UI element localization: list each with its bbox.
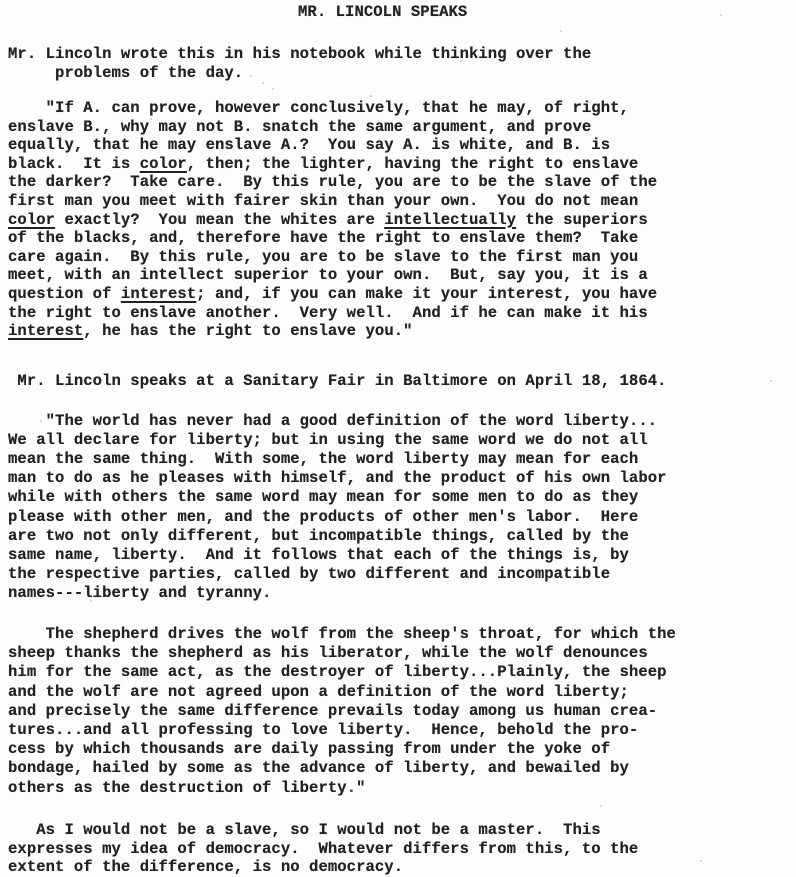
scan-speck <box>610 250 612 252</box>
text-line: extent of the difference, is no democrac… <box>8 859 403 876</box>
text-line: mean the same thing. With some, the word… <box>8 451 638 468</box>
text-line: are two not only different, but incompat… <box>8 528 629 545</box>
text-line: names---liberty and tyranny. <box>8 585 271 602</box>
scan-speck <box>370 95 372 97</box>
text-line: please with other men, and the products … <box>8 509 638 526</box>
text-line: others as the destruction of liberty." <box>8 780 366 797</box>
typewritten-page: MR. LINCOLN SPEAKS Mr. Lincoln wrote thi… <box>0 0 796 877</box>
underlined-word: interest <box>121 285 196 303</box>
text-line: and the wolf are not agreed upon a defin… <box>8 684 629 701</box>
text-line: The shepherd drives the wolf from the sh… <box>8 626 676 643</box>
text-line: We all declare for liberty; but in using… <box>8 432 648 449</box>
scan-speck <box>560 30 562 32</box>
text-line: Mr. Lincoln wrote this in his notebook w… <box>8 46 591 63</box>
text-line: and precisely the same difference prevai… <box>8 703 657 720</box>
text-line: Mr. Lincoln speaks at a Sanitary Fair in… <box>8 373 667 390</box>
text-line: the respective parties, called by two di… <box>8 566 610 583</box>
scan-speck <box>150 118 152 120</box>
text-line: expresses my idea of democracy. Whatever… <box>8 841 638 858</box>
text-line: equally, that he may enslave A.? You say… <box>8 137 610 154</box>
text-line: question of interest; and, if you can ma… <box>8 286 657 303</box>
underlined-word: color <box>140 155 187 173</box>
underlined-word: color <box>8 211 55 229</box>
text-line: the right to enslave another. Very well.… <box>8 305 648 322</box>
text-line: cess by which thousands are daily passin… <box>8 741 610 758</box>
scan-speck <box>262 82 264 84</box>
text-line: interest, he has the right to enslave yo… <box>8 323 413 340</box>
text-line: first man you meet with fairer skin than… <box>8 193 638 210</box>
text-line: black. It is color, then; the lighter, h… <box>8 156 638 173</box>
scan-speck <box>250 75 252 77</box>
scan-speck <box>600 805 602 807</box>
text-line: meet, with an intellect superior to your… <box>8 267 648 284</box>
scan-speck <box>700 860 702 862</box>
text-line: him for the same act, as the destroyer o… <box>8 664 667 681</box>
text-line: tures...and all professing to love liber… <box>8 722 638 739</box>
text-line: bondage, hailed by some as the advance o… <box>8 760 629 777</box>
scan-speck <box>90 600 92 602</box>
text-line: of the blacks, and, therefore have the r… <box>8 230 638 247</box>
text-line: same name, liberty. And it follows that … <box>8 547 629 564</box>
text-line: sheep thanks the shepherd as his liberat… <box>8 645 648 662</box>
text-line: "If A. can prove, however conclusively, … <box>8 100 629 117</box>
text-line: man to do as he pleases with himself, an… <box>8 470 667 487</box>
scan-speck <box>770 380 772 382</box>
text-line: color exactly? You mean the whites are i… <box>8 212 648 229</box>
scan-speck <box>350 790 352 792</box>
scan-speck <box>720 14 722 16</box>
scan-speck <box>460 60 462 62</box>
text-line: care again. By this rule, you are to be … <box>8 249 638 266</box>
text-line: enslave B., why may not B. snatch the sa… <box>8 119 591 136</box>
scan-speck <box>395 290 397 292</box>
text-line: "The world has never had a good definiti… <box>8 413 657 430</box>
scan-speck <box>272 88 274 90</box>
text-line: As I would not be a slave, so I would no… <box>8 822 601 839</box>
scan-speck <box>40 420 42 422</box>
underlined-word: interest <box>8 322 83 340</box>
text-line: the darker? Take care. By this rule, you… <box>8 174 657 191</box>
underlined-word: intellectually <box>384 211 516 229</box>
page-title: MR. LINCOLN SPEAKS <box>298 4 467 21</box>
text-line: while with others the same word may mean… <box>8 489 638 506</box>
text-line: problems of the day. <box>8 65 243 82</box>
